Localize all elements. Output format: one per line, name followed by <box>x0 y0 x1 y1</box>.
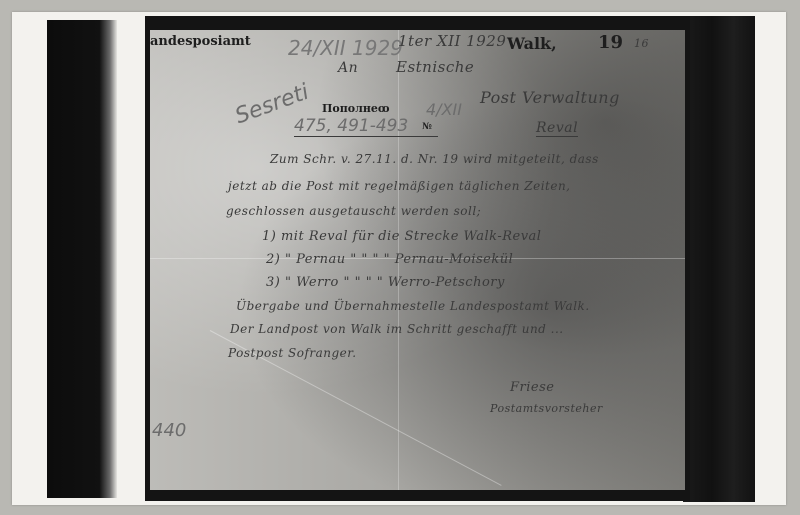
document-paper: andesposiamt 24/XII 1929 1ter XII 1929 W… <box>150 30 685 490</box>
body-line-4: 1) mit Reval für die Strecke Walk-Reval <box>262 229 541 244</box>
body-line-2: jetzt ab die Post mit regelmäßigen tägli… <box>228 179 571 193</box>
signature: Friese <box>510 380 554 395</box>
addressee-line-3: Post Verwaltung <box>480 88 620 107</box>
film-edge-left <box>47 20 117 498</box>
printed-place: Walk, <box>507 34 557 53</box>
body-line-9: Postpost Sofranger. <box>228 346 357 360</box>
body-line-8: Der Landpost von Walk im Schritt geschaf… <box>230 322 564 336</box>
addressee-line-4: Reval <box>536 120 578 137</box>
printed-year: 19 <box>598 32 623 53</box>
body-line-5: 2) " Pernau " " " " Pernau-Moisekül <box>266 252 513 267</box>
body-line-6: 3) " Werro " " " " Werro-Petschory <box>266 275 505 290</box>
pencil-number-bottom-left: 440 <box>152 420 186 441</box>
pencil-annotation-top: 24/XII 1929 <box>288 36 403 60</box>
date-suffix: 16 <box>634 37 649 50</box>
stamp-numbers: 475, 491-493 <box>294 116 438 137</box>
signature-title: Postamtsvorsteher <box>490 402 603 415</box>
film-edge-right <box>683 16 755 502</box>
addressee-line-2: Estnische <box>396 58 474 76</box>
addressee-line-1: An <box>338 60 358 76</box>
stamp-number-sign: № <box>422 122 432 132</box>
letterhead: andesposiamt <box>150 34 251 49</box>
handwritten-date: 1ter XII 1929 <box>398 32 506 50</box>
body-line-3: geschlossen ausgetauscht werden soll; <box>226 204 481 218</box>
stamp-label: Пополнеꝏ <box>322 102 390 115</box>
body-line-7: Übergabe und Übernahmestelle Landesposta… <box>236 299 590 313</box>
body-line-1: Zum Schr. v. 27.11. d. Nr. 19 wird mitge… <box>270 152 599 166</box>
